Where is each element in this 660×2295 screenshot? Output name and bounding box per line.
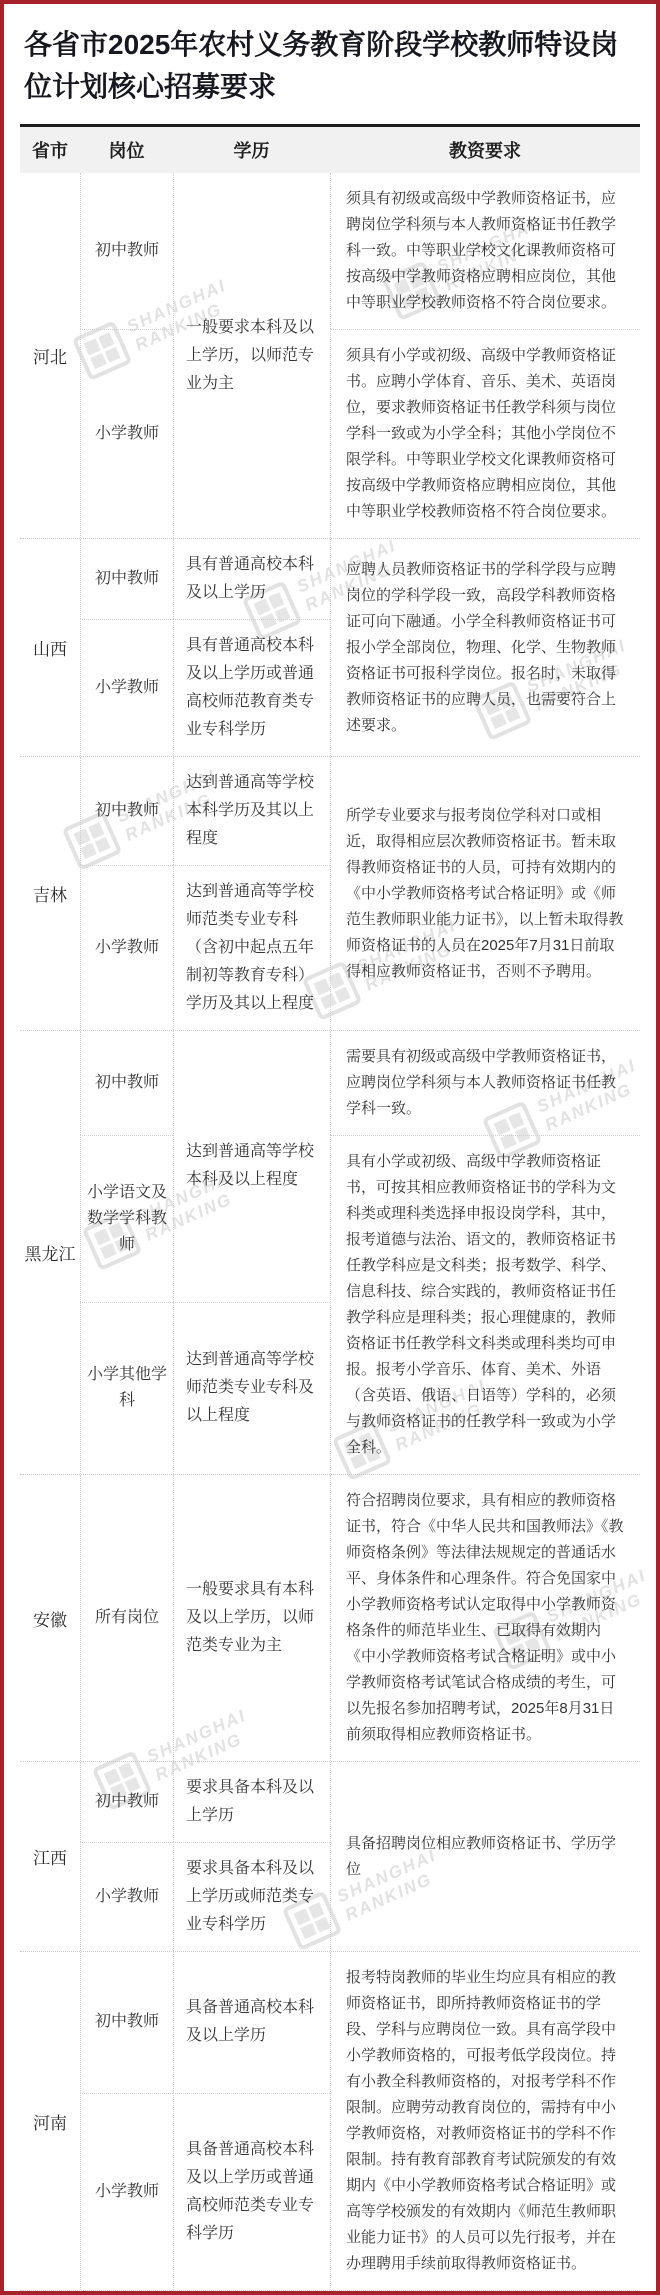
position-cell: 初中教师	[80, 1952, 173, 2093]
edu-cell: 要求具备本科及以上学历或师范类专业专科学历	[173, 1842, 330, 1951]
position-cell: 小学其他学科	[80, 1302, 173, 1475]
position-cell: 小学教师	[80, 2093, 173, 2291]
edu-cell: 达到普通高等学校师范类专业专科及以上程度	[173, 1302, 330, 1475]
province-section: 河南初中教师小学教师具备普通高校本科及以上学历具备普通高校本科及以上学历或普通高…	[20, 1951, 640, 2290]
position-cell: 小学教师	[80, 619, 173, 756]
req-cell: 报考特岗教师的毕业生均应具有相应的教师资格证书，即所持教师资格证书的学段、学科与…	[330, 1952, 640, 2290]
province-section: 安徽所有岗位一般要求具有本科及以上学历，以师范类专业为主符合招聘岗位要求，具有相…	[20, 1474, 640, 1761]
province-section: 江西初中教师小学教师要求具备本科及以上学历要求具备本科及以上学历或师范类专业专科…	[20, 1761, 640, 1951]
page-title: 各省市2025年农村义务教育阶段学校教师特设岗位计划核心招募要求	[24, 24, 640, 108]
province-cell: 安徽	[20, 1475, 80, 1761]
province-section: 山西初中教师小学教师具有普通高校本科及以上学历具有普通高校本科及以上学历或普通高…	[20, 538, 640, 756]
province-section: 河北初中教师小学教师一般要求本科及以上学历，以师范专业为主须具有初级或高级中学教…	[20, 173, 640, 538]
req-cell: 须具有初级或高级中学教师资格证书，应聘岗位学科须与本人教师资格证书任教学科一致。…	[330, 173, 640, 329]
req-cell: 符合招聘岗位要求，具有相应的教师资格证书，符合《中华人民共和国教师法》《教师资格…	[330, 1475, 640, 1761]
province-cell: 江西	[20, 1762, 80, 1951]
infographic: 各省市2025年农村义务教育阶段学校教师特设岗位计划核心招募要求 省市 岗位 学…	[4, 24, 656, 2291]
req-cell: 需要具有初级或高级中学教师资格证书，应聘岗位学科须与本人教师资格证书任教学科一致…	[330, 1031, 640, 1135]
position-cell: 初中教师	[80, 1031, 173, 1135]
position-cell: 所有岗位	[80, 1475, 173, 1761]
req-cell: 具备招聘岗位相应教师资格证书、学历学位	[330, 1762, 640, 1951]
column-header-education: 学历	[173, 127, 330, 173]
column-header-province: 省市	[20, 127, 80, 173]
edu-cell: 一般要求本科及以上学历，以师范专业为主	[173, 173, 330, 538]
table-body: 河北初中教师小学教师一般要求本科及以上学历，以师范专业为主须具有初级或高级中学教…	[20, 173, 640, 2291]
position-cell: 初中教师	[80, 173, 173, 329]
edu-cell: 要求具备本科及以上学历	[173, 1762, 330, 1842]
column-header-position: 岗位	[80, 127, 173, 173]
edu-cell: 达到普通高等学校师范类专业专科（含初中起点五年制初等教育专科）学历及其以上程度	[173, 865, 330, 1030]
position-cell: 小学语文及数学学科教师	[80, 1135, 173, 1302]
edu-cell: 具有普通高校本科及以上学历或普通高校师范教育类专业专科学历	[173, 619, 330, 756]
edu-cell: 达到普通高等学校本科及以上程度	[173, 1031, 330, 1302]
edu-cell: 具备普通高校本科及以上学历	[173, 1952, 330, 2093]
req-cell: 所学专业要求与报考岗位学科对口或相近，取得相应层次教师资格证书。暂未取得教师资格…	[330, 757, 640, 1030]
edu-cell: 具有普通高校本科及以上学历	[173, 539, 330, 619]
position-cell: 初中教师	[80, 539, 173, 619]
edu-cell: 一般要求具有本科及以上学历，以师范类专业为主	[173, 1475, 330, 1761]
position-cell: 小学教师	[80, 865, 173, 1030]
province-cell: 河南	[20, 1952, 80, 2290]
position-cell: 初中教师	[80, 757, 173, 865]
req-cell: 具有小学或初级、高级中学教师资格证书，可按其相应教师资格证书的学科为文科类或理科…	[330, 1135, 640, 1474]
edu-cell: 达到普通高等学校本科学历及其以上程度	[173, 757, 330, 865]
position-cell: 小学教师	[80, 1842, 173, 1951]
province-section: 黑龙江初中教师小学语文及数学学科教师小学其他学科达到普通高等学校本科及以上程度达…	[20, 1030, 640, 1474]
table-header-row: 省市 岗位 学历 教资要求	[20, 124, 640, 173]
province-cell: 山西	[20, 539, 80, 756]
req-cell: 应聘人员教师资格证书的学科学段与应聘岗位的学科学段一致，高段学科教师资格证可向下…	[330, 539, 640, 756]
province-cell: 河北	[20, 173, 80, 538]
province-cell: 黑龙江	[20, 1031, 80, 1474]
column-header-requirement: 教资要求	[330, 127, 640, 173]
req-cell: 须具有小学或初级、高级中学教师资格证书。应聘小学体育、音乐、美术、英语岗位，要求…	[330, 329, 640, 538]
position-cell: 小学教师	[80, 329, 173, 538]
province-section: 吉林初中教师小学教师达到普通高等学校本科学历及其以上程度达到普通高等学校师范类专…	[20, 756, 640, 1030]
province-cell: 吉林	[20, 757, 80, 1030]
edu-cell: 具备普通高校本科及以上学历或普通高校师范类专业专科学历	[173, 2093, 330, 2291]
position-cell: 初中教师	[80, 1762, 173, 1842]
